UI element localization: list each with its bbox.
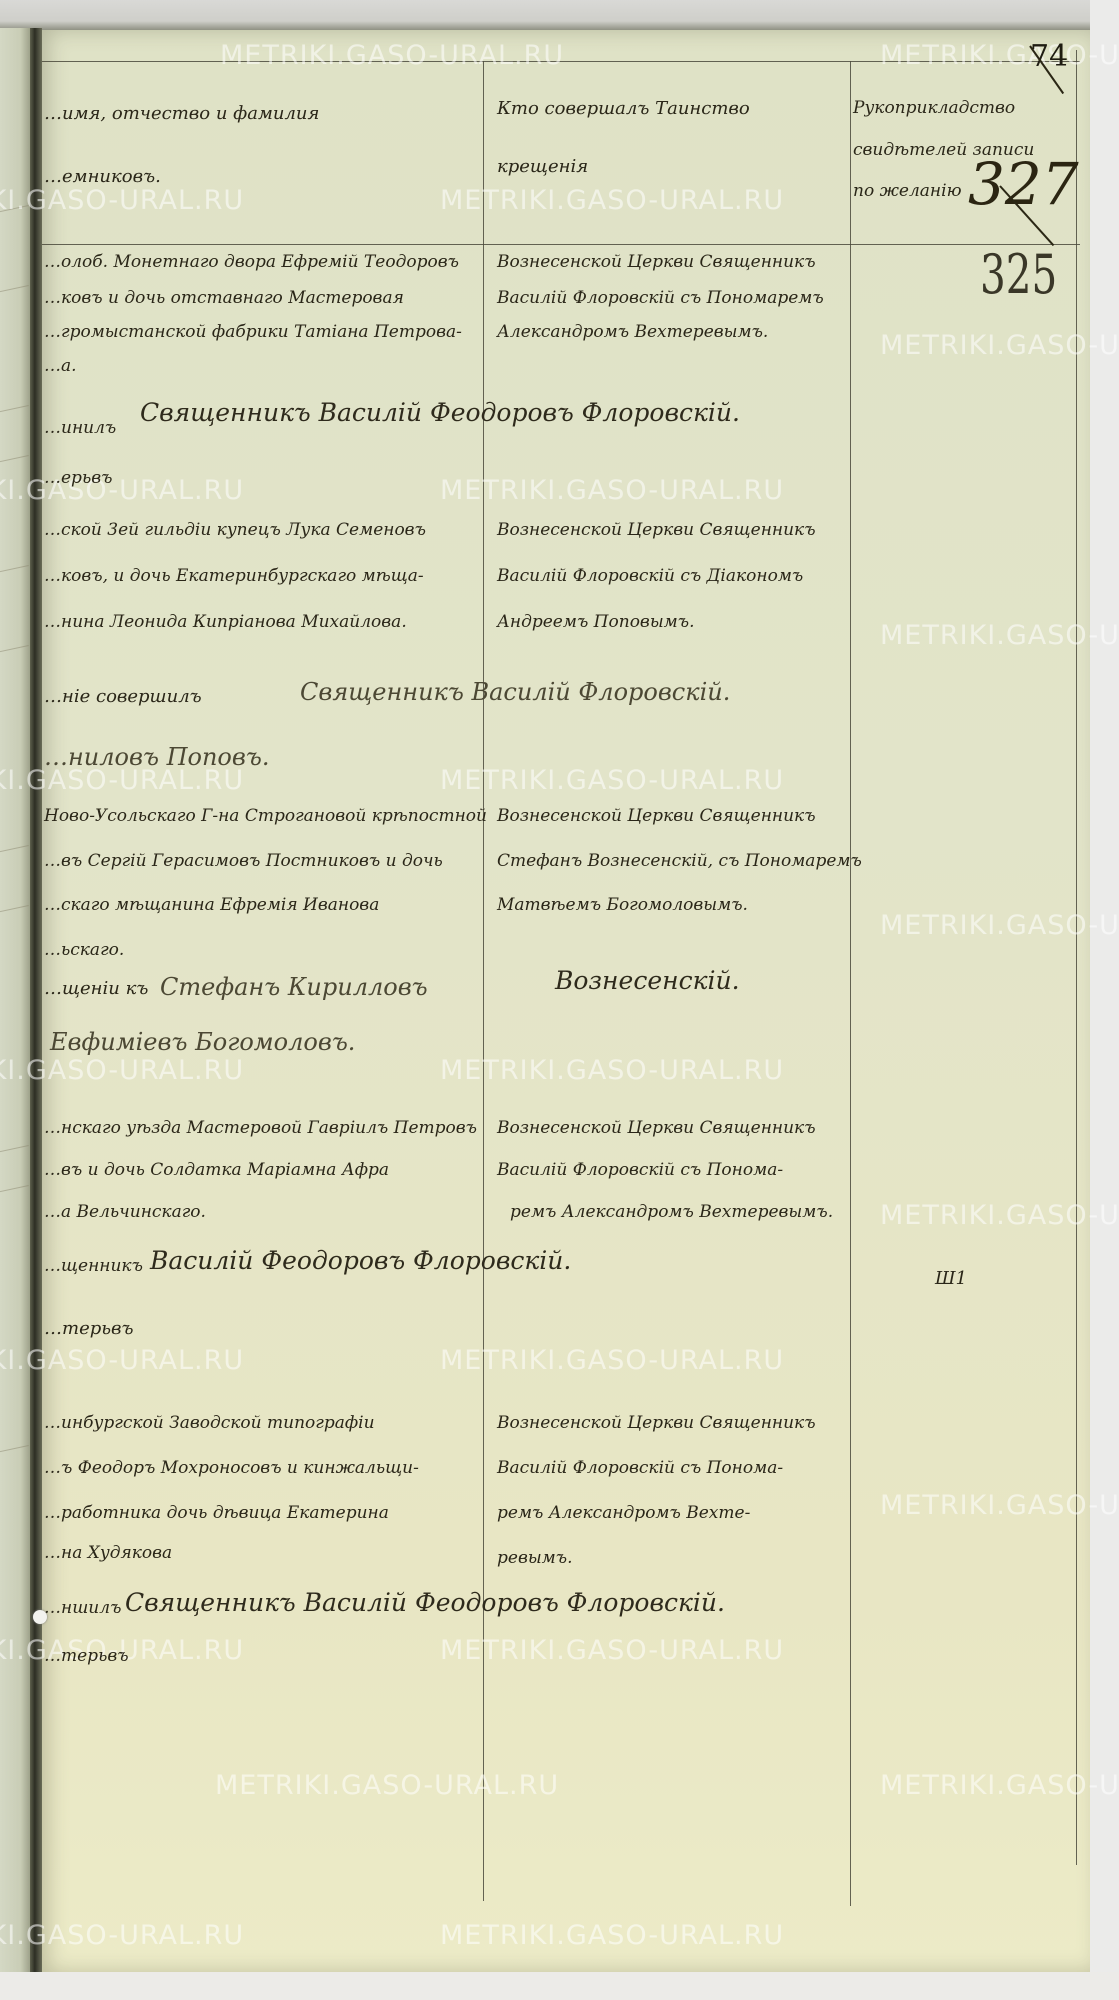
rule-header-bottom [42, 244, 1080, 245]
entry3-col2-line: Стефанъ Вознесенскій, съ Пономаремъ [497, 853, 862, 870]
facing-page-text [0, 455, 31, 472]
entry4-col2-line: ремъ Александромъ Вехтеревымъ. [510, 1204, 833, 1221]
facing-page-text [0, 405, 31, 422]
entry4-col2-line: Вознесенской Церкви Священникъ [497, 1120, 816, 1137]
rule-header-top [42, 61, 1080, 62]
rule-column-2 [850, 61, 851, 1906]
entry3-signature-col2: Вознесенскій. [555, 968, 740, 993]
entry5-col2-line: Вознесенской Церкви Священникъ [497, 1415, 816, 1432]
entry4-col1-line: …въ и дочь Солдатка Маріамна Афра [44, 1162, 389, 1179]
entry1-signature: Священникъ Василій Феодоровъ Флоровскій. [140, 400, 740, 425]
header-col3-line1: Рукоприкладство [853, 100, 1015, 117]
entry1-col2-line: Александромъ Вехтеревымъ. [497, 324, 768, 341]
header-col2-line1: Кто совершалъ Таинство [497, 100, 750, 118]
entry2-col2-line: Вознесенской Церкви Священникъ [497, 522, 816, 539]
entry3-signature-prefix: …щеніи къ [44, 980, 148, 998]
entry2-col2-line: Василій Флоровскій съ Діакономъ [497, 568, 803, 585]
scan-background-right [1090, 0, 1119, 2000]
entry2-signature-prefix: …ніе совершилъ [44, 688, 202, 706]
entry4-signature-cont: …терьвъ [44, 1320, 134, 1338]
entry3-signature: Стефанъ Кирилловъ [160, 975, 428, 999]
entry2-signature-cont: …ниловъ Поповъ. [44, 745, 269, 769]
entry5-signature-prefix: …ншилъ [44, 1600, 121, 1617]
entry3-col2-line: Вознесенской Церкви Священникъ [497, 808, 816, 825]
facing-page-text [0, 205, 31, 222]
scan-background-bottom [0, 1972, 1119, 2000]
header-col1-line2: …емниковъ. [44, 168, 161, 186]
entry2-col1-line: …нина Леонида Кипріанова Михайлова. [44, 614, 407, 631]
entry5-col2-line: Василій Флоровскій съ Понома- [497, 1460, 783, 1477]
facing-page-text [0, 565, 31, 582]
entry1-col1-line: …а. [44, 358, 77, 375]
facing-page-text [0, 1445, 31, 1462]
entry3-col1-line: Ново-Усольскаго Г-на Строгановой крѣпост… [44, 808, 487, 825]
entry2-col1-line: …ковъ, и дочь Екатеринбургскаго мѣща- [44, 568, 424, 585]
entry2-col1-line: …ской 3ей гильдіи купецъ Лука Семеновъ [44, 522, 426, 539]
entry5-signature-cont: …терьвъ [44, 1648, 129, 1665]
facing-page-text [0, 905, 31, 922]
header-col2-line2: крещенія [497, 158, 588, 176]
entry1-signature-cont: …ерьвъ [44, 470, 112, 487]
facing-page-text [0, 645, 31, 662]
entry5-col2-line: ревымъ. [497, 1550, 573, 1567]
entry5-col2-line: ремъ Александромъ Вехте- [497, 1505, 750, 1522]
entry3-col1-line: …скаго мѣщанина Ефремія Иванова [44, 897, 379, 914]
entry5-signature: Священникъ Василій Феодоровъ Флоровскій. [125, 1590, 725, 1615]
header-col3-line3: по желанію [853, 183, 962, 200]
entry3-col1-line: …ьскаго. [44, 942, 124, 959]
facing-page-edge [0, 28, 34, 1972]
book-spine [30, 28, 42, 1972]
entry4-col1-line: …нскаго уѣзда Мастеровой Гавріилъ Петров… [44, 1120, 477, 1137]
record-number-crossed: 327 [968, 155, 1079, 213]
entry2-col2-line: Андреемъ Поповымъ. [497, 614, 695, 631]
entry4-side-mark: Ш1 [935, 1270, 967, 1288]
entry4-signature: Василій Феодоровъ Флоровскій. [150, 1248, 571, 1273]
entry2-signature: Священникъ Василій Флоровскій. [300, 680, 730, 704]
scan-background-top [0, 0, 1119, 30]
facing-page-text [0, 1185, 31, 1202]
entry5-col1-line: …работника дочь дѣвица Екатерина [44, 1505, 389, 1522]
entry1-col1-line: …громыстанской фабрики Татіана Петрова- [44, 324, 462, 341]
entry1-col1-line: …олоб. Монетнаго двора Ефремій Теодоровъ [44, 254, 459, 271]
record-number: 325 [980, 248, 1057, 302]
facing-page-text [0, 845, 31, 862]
entry4-col2-line: Василій Флоровскій съ Понома- [497, 1162, 783, 1179]
rule-column-1 [483, 61, 484, 1901]
entry1-col2-line: Василій Флоровскій съ Пономаремъ [497, 290, 824, 307]
entry3-signature-cont: Евфиміевъ Богомоловъ. [50, 1030, 355, 1054]
rule-column-3 [1076, 50, 1077, 1865]
entry3-col2-line: Матвѣемъ Богомоловымъ. [497, 897, 748, 914]
entry5-col1-line: …инбургской Заводской типографіи [44, 1415, 375, 1432]
entry5-col1-line: …ъ Феодоръ Мохроносовъ и кинжальщи- [44, 1460, 419, 1477]
facing-page-text [0, 1145, 31, 1162]
entry4-col1-line: …а Вельчинскаго. [44, 1204, 206, 1221]
entry5-col1-line: …на Худякова [44, 1545, 172, 1562]
entry3-col1-line: …въ Сергій Герасимовъ Постниковъ и дочь [44, 853, 443, 870]
facing-page-text [0, 285, 31, 302]
entry1-signature-prefix: …инилъ [44, 420, 116, 437]
entry4-signature-prefix: …щенникъ [44, 1258, 143, 1275]
header-col1-line1: …имя, отчество и фамилия [44, 105, 319, 123]
entry1-col1-line: …ковъ и дочь отставнаго Мастеровая [44, 290, 404, 307]
entry1-col2-line: Вознесенской Церкви Священникъ [497, 254, 816, 271]
